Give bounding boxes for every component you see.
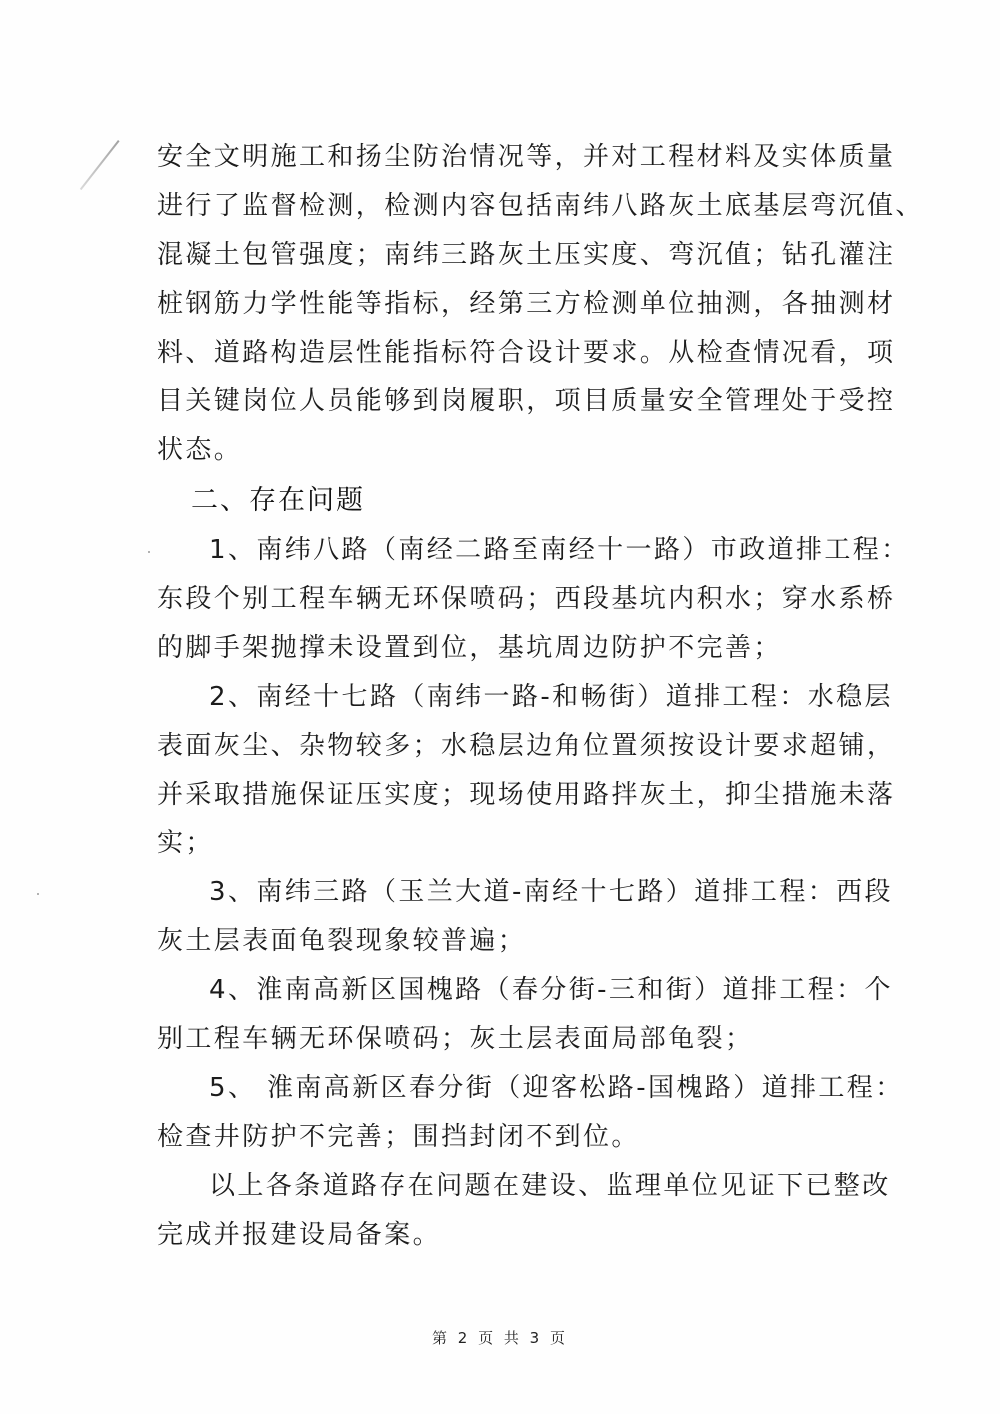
document-body: 安全文明施工和扬尘防治情况等，并对工程材料及实体质量 进行了监督检测，检测内容包… xyxy=(157,133,847,1259)
document-page: 安全文明施工和扬尘防治情况等，并对工程材料及实体质量 进行了监督检测，检测内容包… xyxy=(0,0,1000,1414)
issue-line: 1、南纬八路（南经二路至南经十一路）市政道排工程： xyxy=(157,526,847,575)
issue-item-4: 4、淮南高新区国槐路（春分街-三和街）道排工程：个 别工程车辆无环保喷码；灰土层… xyxy=(157,966,847,1064)
issue-line: 5、 淮南高新区春分街（迎客松路-国槐路）道排工程： xyxy=(157,1064,847,1113)
paragraph-line: 状态。 xyxy=(157,426,847,475)
issue-line: 表面灰尘、杂物较多；水稳层边角位置须按设计要求超铺， xyxy=(157,722,847,771)
conclusion-line: 以上各条道路存在问题在建设、监理单位见证下已整改 xyxy=(157,1162,847,1211)
paragraph-line: 进行了监督检测，检测内容包括南纬八路灰土底基层弯沉值、 xyxy=(157,182,847,231)
issue-line: 4、淮南高新区国槐路（春分街-三和街）道排工程：个 xyxy=(157,966,847,1015)
intro-paragraph: 安全文明施工和扬尘防治情况等，并对工程材料及实体质量 进行了监督检测，检测内容包… xyxy=(157,133,847,475)
scan-speck xyxy=(148,551,150,553)
paragraph-line: 混凝土包管强度；南纬三路灰土压实度、弯沉值；钻孔灌注 xyxy=(157,231,847,280)
conclusion-line: 完成并报建设局备案。 xyxy=(157,1211,847,1260)
issue-line: 3、南纬三路（玉兰大道-南经十七路）道排工程：西段 xyxy=(157,868,847,917)
paragraph-line: 目关键岗位人员能够到岗履职，项目质量安全管理处于受控 xyxy=(157,377,847,426)
issue-item-3: 3、南纬三路（玉兰大道-南经十七路）道排工程：西段 灰土层表面龟裂现象较普遍； xyxy=(157,868,847,966)
issue-item-1: 1、南纬八路（南经二路至南经十一路）市政道排工程： 东段个别工程车辆无环保喷码；… xyxy=(157,526,847,673)
scan-pen-mark xyxy=(80,140,120,190)
issue-line: 灰土层表面龟裂现象较普遍； xyxy=(157,917,847,966)
conclusion-paragraph: 以上各条道路存在问题在建设、监理单位见证下已整改 完成并报建设局备案。 xyxy=(157,1162,847,1260)
section-heading: 二、存在问题 xyxy=(157,477,847,526)
issue-line: 别工程车辆无环保喷码；灰土层表面局部龟裂； xyxy=(157,1015,847,1064)
issue-line: 并采取措施保证压实度；现场使用路拌灰土，抑尘措施未落 xyxy=(157,771,847,820)
scan-speck xyxy=(37,893,39,895)
paragraph-line: 料、道路构造层性能指标符合设计要求。从检查情况看，项 xyxy=(157,329,847,378)
paragraph-line: 安全文明施工和扬尘防治情况等，并对工程材料及实体质量 xyxy=(157,133,847,182)
issue-line: 2、南经十七路（南纬一路-和畅街）道排工程：水稳层 xyxy=(157,673,847,722)
issue-line: 的脚手架抛撑未设置到位，基坑周边防护不完善； xyxy=(157,624,847,673)
issue-line: 实； xyxy=(157,819,847,868)
issue-item-5: 5、 淮南高新区春分街（迎客松路-国槐路）道排工程： 检查井防护不完善；围挡封闭… xyxy=(157,1064,847,1162)
issue-item-2: 2、南经十七路（南纬一路-和畅街）道排工程：水稳层 表面灰尘、杂物较多；水稳层边… xyxy=(157,673,847,869)
paragraph-line: 桩钢筋力学性能等指标，经第三方检测单位抽测，各抽测材 xyxy=(157,280,847,329)
issue-line: 东段个别工程车辆无环保喷码；西段基坑内积水；穿水系桥 xyxy=(157,575,847,624)
page-number-footer: 第 2 页 共 3 页 xyxy=(0,1327,1000,1348)
issue-line: 检查井防护不完善；围挡封闭不到位。 xyxy=(157,1113,847,1162)
